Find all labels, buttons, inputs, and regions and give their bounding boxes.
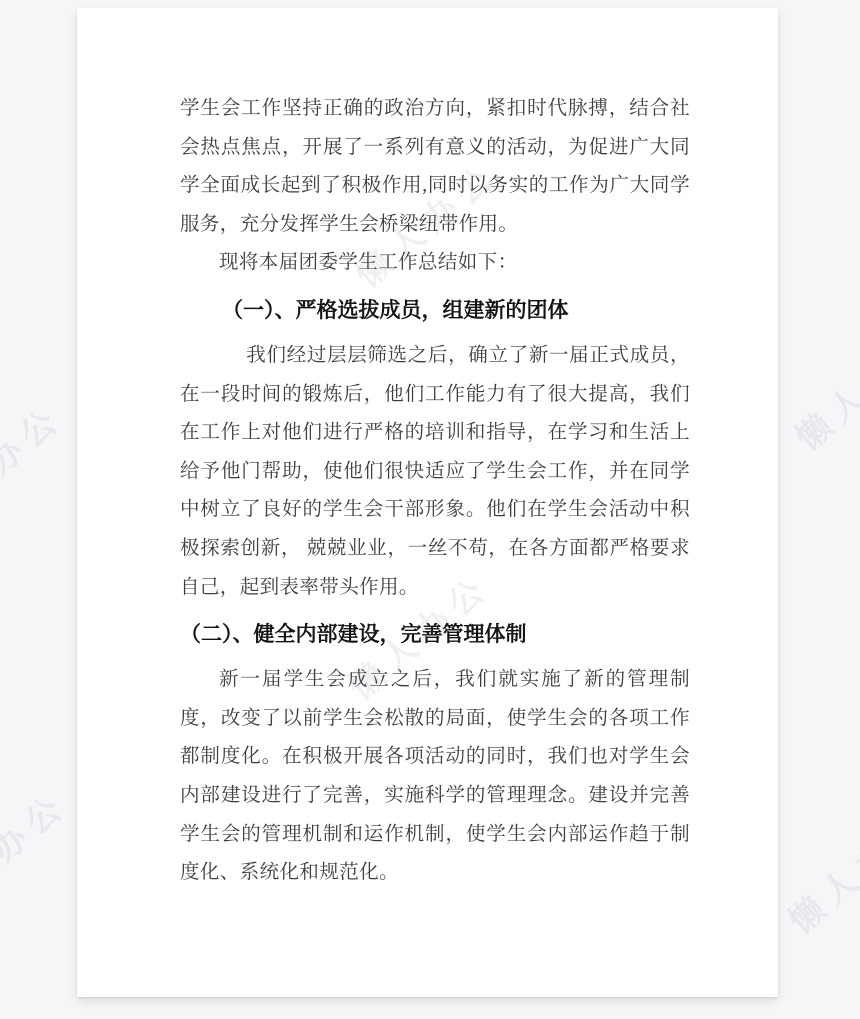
- document-paragraph: 新一届学生会成立之后，我们就实施了新的管理制度，改变了以前学生会松散的局面，使学…: [180, 661, 690, 893]
- watermark-text: 懒人办公: [0, 391, 72, 539]
- canvas: 学生会工作坚持正确的政治方向，紧扣时代脉搏，结合社会热点焦点，开展了一系列有意义…: [0, 0, 860, 1019]
- document-paragraph: 学生会工作坚持正确的政治方向，紧扣时代脉搏，结合社会热点焦点，开展了一系列有意义…: [180, 90, 690, 244]
- watermark-text: 懒人办公: [783, 311, 860, 459]
- document-page: 学生会工作坚持正确的政治方向，紧扣时代脉搏，结合社会热点焦点，开展了一系列有意义…: [77, 8, 778, 997]
- document-content: 学生会工作坚持正确的政治方向，紧扣时代脉搏，结合社会热点焦点，开展了一系列有意义…: [180, 90, 690, 997]
- section-heading: （一）、严格选拔成员，组建新的团体: [180, 291, 690, 331]
- document-paragraph: 我们经过层层筛选之后，确立了新一届正式成员，在一段时间的锻炼后，他们工作能力有了…: [180, 337, 690, 607]
- section-heading: （二）、健全内部建设，完善管理体制: [180, 615, 690, 655]
- document-paragraph: 现将本届团委学生工作总结如下：: [180, 244, 690, 283]
- watermark-text: 懒人办公: [0, 778, 77, 926]
- watermark-text: 懒人办公: [776, 794, 860, 942]
